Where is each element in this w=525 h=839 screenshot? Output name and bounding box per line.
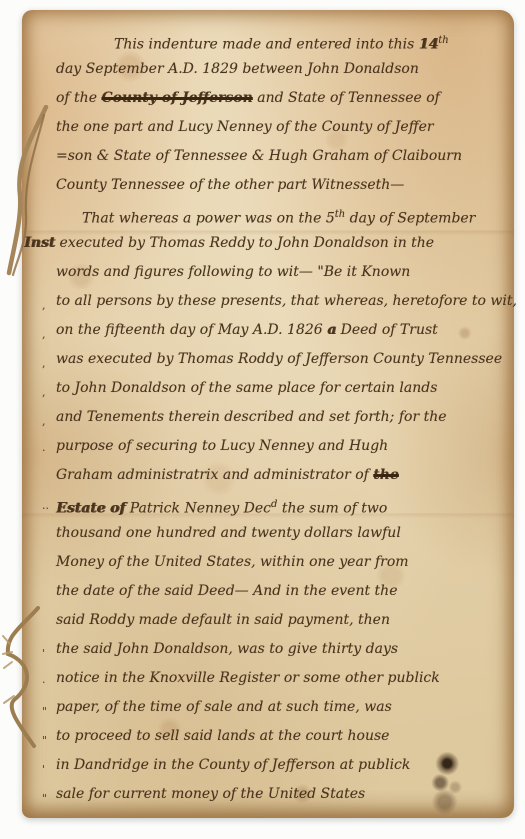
manuscript-line: Inst executed by Thomas Reddy to John Do… [24, 229, 502, 258]
line-continuation-mark: " [42, 697, 47, 726]
manuscript-text-segment: This indenture made and entered into thi… [114, 37, 419, 53]
line-continuation-mark: ·· [42, 494, 49, 523]
manuscript-line: day September A.D. 1829 between John Don… [56, 55, 502, 84]
manuscript-line: County Tennessee of the other part Witne… [56, 171, 502, 200]
manuscript-text-segment: and Tenements therein described and set … [56, 409, 447, 425]
manuscript-text-segment: That whereas a power was on the 5 [82, 211, 335, 227]
manuscript-text: This indenture made and entered into thi… [56, 26, 502, 809]
photo-background: This indenture made and entered into thi… [0, 0, 525, 839]
manuscript-text-segment: Deed of Trust [336, 322, 438, 338]
line-continuation-mark: , [42, 378, 46, 407]
manuscript-text-segment: Estate [56, 501, 105, 517]
manuscript-text-segment: day of September [345, 211, 475, 227]
manuscript-line: the date of the said Deed— And in the ev… [56, 577, 502, 606]
line-continuation-mark: " [42, 784, 47, 813]
manuscript-text-segment: said Roddy made default in said payment,… [56, 612, 390, 628]
manuscript-text-segment: the sum of two [277, 501, 387, 517]
manuscript-line: ,on the fifteenth day of May A.D. 1826 a… [56, 316, 502, 345]
line-continuation-mark: ' [42, 755, 45, 784]
manuscript-line: 'the said John Donaldson, was to give th… [56, 635, 502, 664]
manuscript-line: the one part and Lucy Nenney of the Coun… [56, 113, 502, 142]
manuscript-line: ··Estate of Patrick Nenney Decd the sum … [56, 490, 502, 519]
line-continuation-mark: , [42, 291, 46, 320]
line-continuation-mark: " [42, 726, 47, 755]
manuscript-line: This indenture made and entered into thi… [56, 26, 502, 55]
struck-text: the [373, 467, 399, 483]
manuscript-line: That whereas a power was on the 5th day … [56, 200, 502, 229]
manuscript-line: "to proceed to sell said lands at the co… [56, 722, 502, 751]
manuscript-page: This indenture made and entered into thi… [22, 10, 514, 818]
manuscript-text-segment: a [327, 322, 336, 338]
manuscript-text-segment: paper, of the time of sale and at such t… [56, 699, 392, 715]
manuscript-text-segment: 14 [419, 37, 438, 53]
manuscript-line: words and figures following to wit— "Be … [56, 258, 502, 287]
line-continuation-mark: · [42, 436, 46, 465]
struck-text: County of Jefferson [101, 90, 252, 106]
manuscript-text-segment: County Tennessee of the other part Witne… [56, 177, 404, 193]
manuscript-line: Graham administratrix and administrator … [56, 461, 502, 490]
line-continuation-mark: · [42, 668, 46, 697]
manuscript-line: ·notice in the Knoxville Register or som… [56, 664, 502, 693]
manuscript-line: 'in Dandridge in the County of Jefferson… [56, 751, 502, 780]
manuscript-text-segment: sale for current money of the United Sta… [56, 786, 365, 802]
manuscript-text-segment: words and figures following to wit— "Be … [56, 264, 410, 280]
manuscript-text-segment: executed by Thomas Reddy to John Donalds… [55, 235, 434, 251]
manuscript-text-segment: th [335, 209, 345, 220]
manuscript-text-segment: to all persons by these presents, that w… [56, 293, 517, 309]
manuscript-line: ·purpose of securing to Lucy Nenney and … [56, 432, 502, 461]
manuscript-line: ,to all persons by these presents, that … [56, 287, 502, 316]
manuscript-text-segment: thousand one hundred and twenty dollars … [56, 525, 401, 541]
line-continuation-mark: ' [42, 639, 45, 668]
manuscript-text-segment: Patrick Nenney Dec [125, 501, 271, 517]
manuscript-line: ,was executed by Thomas Roddy of Jeffers… [56, 345, 502, 374]
manuscript-text-segment: th [438, 35, 448, 46]
line-continuation-mark: , [42, 349, 46, 378]
manuscript-text-segment: notice in the Knoxville Register or some… [56, 670, 440, 686]
manuscript-line: ,and Tenements therein described and set… [56, 403, 502, 432]
manuscript-line: thousand one hundred and twenty dollars … [56, 519, 502, 548]
manuscript-line: ,to John Donaldson of the same place for… [56, 374, 502, 403]
manuscript-line: "paper, of the time of sale and at such … [56, 693, 502, 722]
line-continuation-mark: , [42, 320, 46, 349]
manuscript-text-segment: to proceed to sell said lands at the cou… [56, 728, 389, 744]
manuscript-text-segment: =son & State of Tennessee & Hugh Graham … [56, 148, 462, 164]
manuscript-text-segment: the one part and Lucy Nenney of the Coun… [56, 119, 434, 135]
manuscript-text-segment: day September A.D. 1829 between John Don… [56, 61, 419, 77]
manuscript-text-segment: Money of the United States, within one y… [56, 554, 409, 570]
manuscript-line: of the County of Jefferson and State of … [56, 84, 502, 113]
manuscript-text-segment: the date of the said Deed— And in the ev… [56, 583, 397, 599]
line-continuation-mark: , [42, 407, 46, 436]
manuscript-text-segment: of [110, 501, 125, 517]
manuscript-line: Money of the United States, within one y… [56, 548, 502, 577]
manuscript-text-segment: Inst [24, 235, 55, 251]
manuscript-text-segment: Graham administratrix and administrator … [56, 467, 373, 483]
manuscript-text-segment: of the [56, 90, 101, 106]
manuscript-line: said Roddy made default in said payment,… [56, 606, 502, 635]
manuscript-line: "sale for current money of the United St… [56, 780, 502, 809]
manuscript-text-segment: the said John Donaldson, was to give thi… [56, 641, 398, 657]
manuscript-text-segment: in Dandridge in the County of Jefferson … [56, 757, 410, 773]
manuscript-text-segment: and State of Tennessee of [253, 90, 440, 106]
manuscript-text-segment: purpose of securing to Lucy Nenney and H… [56, 438, 388, 454]
manuscript-text-segment: to John Donaldson of the same place for … [56, 380, 437, 396]
manuscript-text-segment: was executed by Thomas Roddy of Jefferso… [56, 351, 502, 367]
manuscript-line: =son & State of Tennessee & Hugh Graham … [56, 142, 502, 171]
manuscript-text-segment: on the fifteenth day of May A.D. 1826 [56, 322, 327, 338]
